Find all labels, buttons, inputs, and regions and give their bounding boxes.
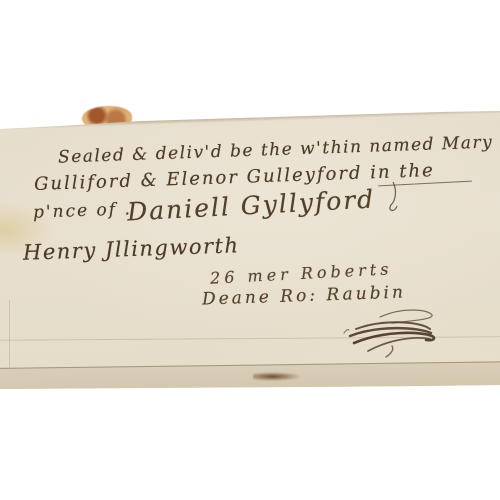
parchment-top-edge xyxy=(0,109,500,130)
bottom-fold-flap xyxy=(0,361,500,395)
descender-loop-stroke xyxy=(382,180,404,216)
handwriting-line-3: p'nce of . xyxy=(33,199,132,222)
signature-henry-illingworth: Henry Jllingworth xyxy=(23,233,240,265)
ink-flourish-scribble-icon xyxy=(342,303,446,359)
vertical-crease-line xyxy=(9,300,10,375)
photo-frame: Sealed & deliv'd be the w'thin named Mar… xyxy=(0,0,500,500)
signature-daniell-gyllyford: Daniell Gyllyford xyxy=(126,185,375,227)
parchment-sheet: Sealed & deliv'd be the w'thin named Mar… xyxy=(0,0,500,500)
ink-stain-mark xyxy=(253,372,301,381)
